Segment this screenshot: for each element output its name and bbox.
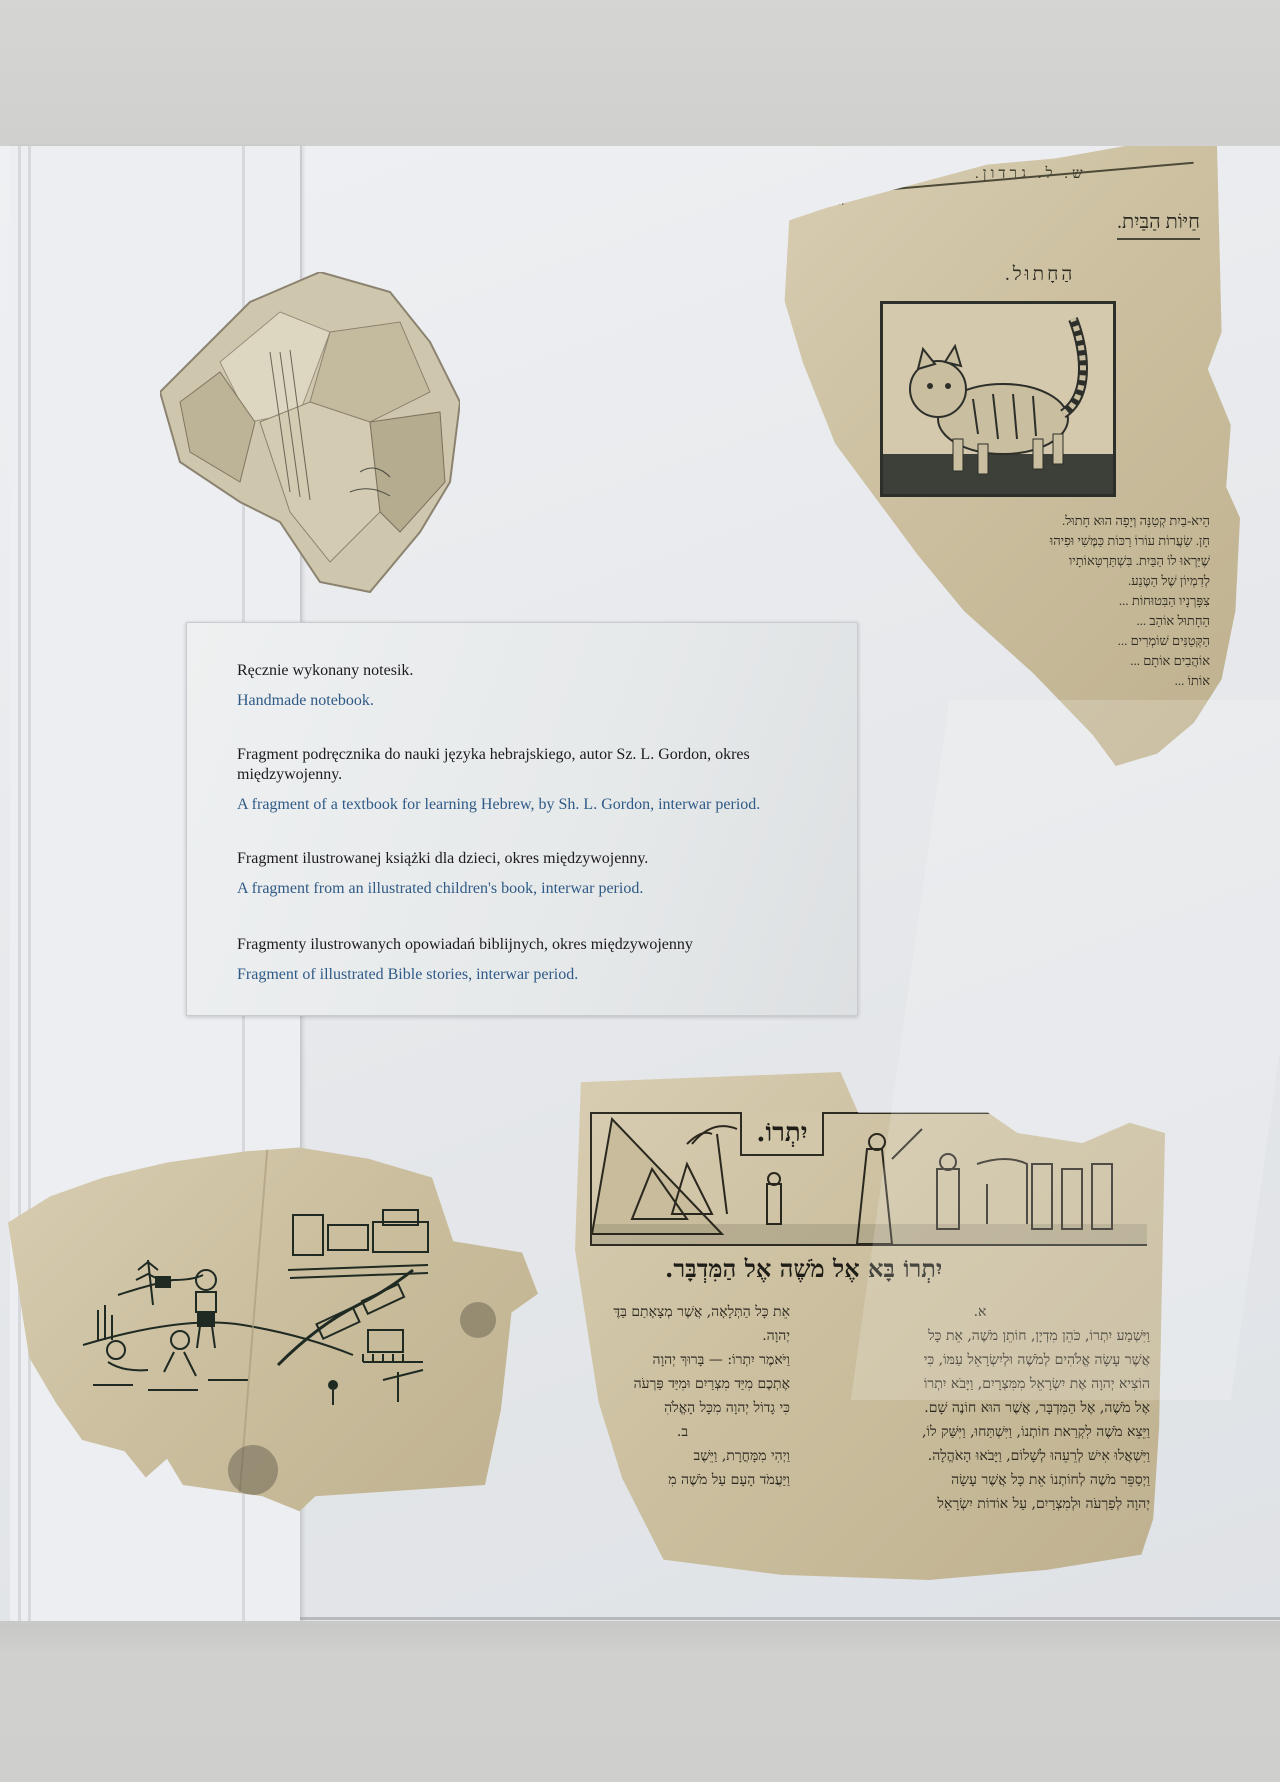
panel-groove (18, 146, 21, 1621)
label-polish: Fragment podręcznika do nauki języka heb… (237, 745, 847, 785)
section-title: חַיּוֹת הַבַּיִת. (1117, 211, 1200, 240)
section-marker: א. (810, 1300, 1150, 1324)
banner-title: יִתְרוֹ. (740, 1112, 824, 1156)
label-entry-notebook: Ręcznie wykonany notesik. Handmade noteb… (237, 661, 847, 711)
label-polish: Fragmenty ilustrowanych opowiadań biblij… (237, 935, 847, 955)
text-line: וַיִּשְׁמַע יִתְרוֹ, כֹּהֵן מִדְיָן, חוֹ… (810, 1324, 1150, 1348)
text-line: אֶל מֹשֶׁה, אֶל הַמִּדְבָּר, אֲשֶׁר הוּא… (810, 1396, 1150, 1420)
text-line: אֵת כָּל הַתְּלָאָה, אֲשֶׁר מְצָאָתַם בַ… (575, 1300, 790, 1324)
display-case-floor (0, 1621, 1280, 1782)
artifact-bible-stories-fragment: יִתְרוֹ. יִתְרוֹ בָּא אֶל מֹשֶׁה אֶל הַמ… (575, 1072, 1165, 1580)
text-line: חָן. שַׂעֲרוֹת עוֹרוֹ רַכּוֹת כַּמֶּשִׁי… (880, 531, 1210, 551)
label-polish: Fragment ilustrowanej książki dla dzieci… (237, 849, 847, 869)
cat-illustration (880, 301, 1116, 497)
story-heading: יִתְרוֹ בָּא אֶל מֹשֶׁה אֶל הַמִּדְבָּר. (665, 1254, 942, 1284)
text-line: יְהוָה לְפַרְעֹה וּלְמִצְרַיִם, עַל אוֹד… (810, 1492, 1150, 1516)
lesson-title: הַחָתוּל. (1005, 264, 1075, 286)
panel-groove (28, 146, 31, 1621)
text-line: כִּי גָדוֹל יְהוָה מִכָּל הָאֱלֹהִ (575, 1396, 790, 1420)
label-entry-textbook: Fragment podręcznika do nauki języka heb… (237, 745, 847, 815)
text-line: אֲשֶׁר עָשָׂה אֱלֹהִים לְמֹשֶׁה וּלְיִשְ… (810, 1348, 1150, 1372)
label-entry-children-book: Fragment ilustrowanej książki dla dzieci… (237, 849, 847, 899)
text-line: הוֹצִיא יְהוָה אֶת יִשְׂרָאֵל מִמִּצְרָי… (810, 1372, 1150, 1396)
crumpled-notebook-image (160, 272, 460, 602)
text-line: אֶתְכֶם מִיַּד מִצְרַיִם וּמִיַּד פַּרְע… (575, 1372, 790, 1396)
text-line: וַיְסַפֵּר מֹשֶׁה לְחוֹתְנוֹ אֵת כָּל אֲ… (810, 1468, 1150, 1492)
label-english: A fragment from an illustrated children'… (237, 879, 847, 899)
label-english: Handmade notebook. (237, 691, 847, 711)
cat-icon (883, 304, 1113, 494)
artifact-handmade-notebook (160, 272, 460, 602)
author-header: ש. ל. גרדון. (975, 166, 1087, 183)
text-line: הֵיא-בַיִת קְטַנָּה וְיָפָה הוּא חָתוּל. (880, 511, 1210, 531)
text-line: שֶׁיַּרְאוּ לוֹ הַבַּיִת. בִּשְׁתַּרְטָּ… (880, 551, 1210, 571)
display-case-ceiling (0, 0, 1280, 146)
label-polish: Ręcznie wykonany notesik. (237, 661, 847, 681)
right-text-column: א. וַיִּשְׁמַע יִתְרוֹ, כֹּהֵן מִדְיָן, … (810, 1300, 1150, 1516)
text-line: יְהוָה. (575, 1324, 790, 1348)
label-entry-bible-stories: Fragmenty ilustrowanych opowiadań biblij… (237, 935, 847, 985)
case-floor-edge (300, 1617, 1280, 1620)
text-line: וַיֹּאמֶר יִתְרוֹ: — בָּרוּךְ יְהוָה (575, 1348, 790, 1372)
label-english: A fragment of a textbook for learning He… (237, 795, 847, 815)
text-line: וַיִּשְׁאֲלוּ אִישׁ לְרֵעֵהוּ לְשָׁלוֹם,… (810, 1444, 1150, 1468)
label-english: Fragment of illustrated Bible stories, i… (237, 965, 847, 985)
exhibit-label-card: Ręcznie wykonany notesik. Handmade noteb… (186, 622, 858, 1016)
text-line: וַיֵּצֵא מֹשֶׁה לִקְרַאת חוֹתְנוֹ, וַיִּ… (810, 1420, 1150, 1444)
